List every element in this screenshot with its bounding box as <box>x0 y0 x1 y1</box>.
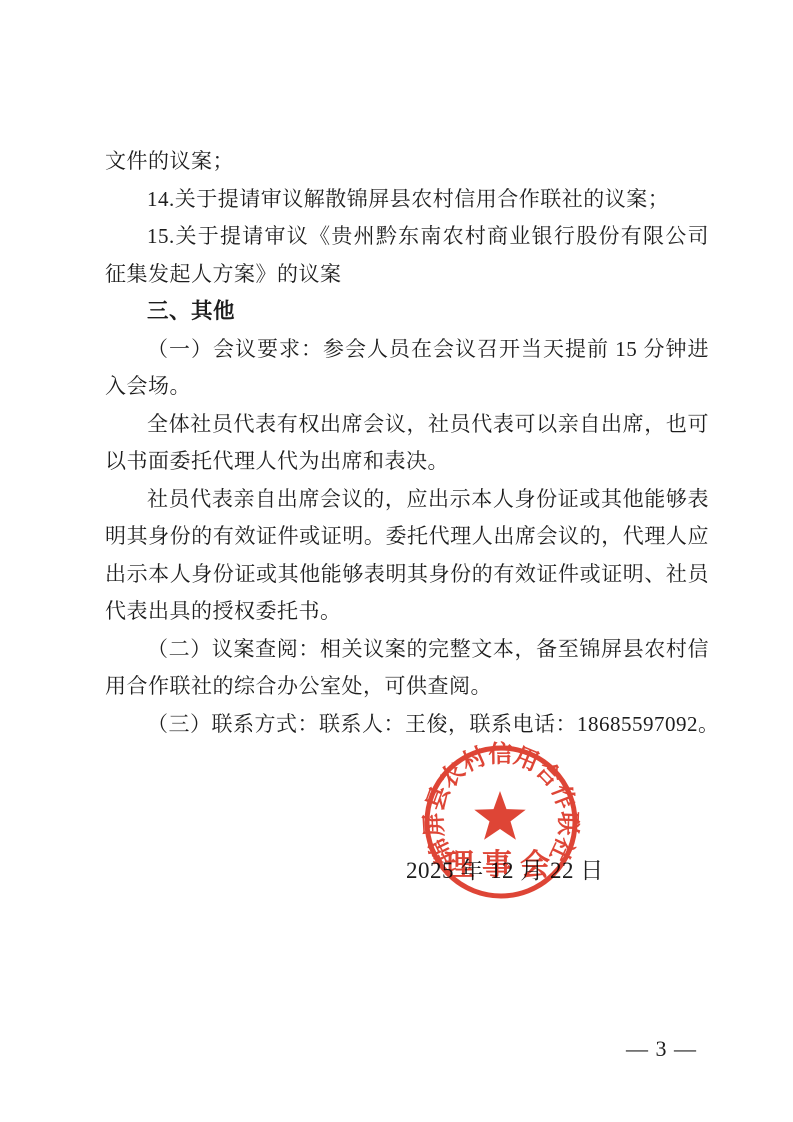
body-line: 用合作联社的综合办公室处，可供查阅。 <box>105 668 709 706</box>
body-line: 明其身份的有效证件或证明。委托代理人出席会议的，代理人应 <box>105 518 709 556</box>
body-line: 文件的议案； <box>105 143 709 181</box>
document-body: 文件的议案；14.关于提请审议解散锦屏县农村信用合作联社的议案；15.关于提请审… <box>105 143 709 743</box>
document-page: 文件的议案；14.关于提请审议解散锦屏县农村信用合作联社的议案；15.关于提请审… <box>0 0 793 1122</box>
body-line: （三）联系方式：联系人：王俊，联系电话：18685597092。 <box>105 706 709 744</box>
seal-bottom-text: 理事会 <box>444 849 558 882</box>
body-line: 征集发起人方案》的议案 <box>105 256 709 294</box>
star-icon <box>474 791 525 840</box>
body-line: 三、其他 <box>105 293 709 331</box>
page-number: — 3 — <box>626 1036 697 1062</box>
body-line: 15.关于提请审议《贵州黔东南农村商业银行股份有限公司 <box>105 218 709 256</box>
body-line: 社员代表亲自出席会议的，应出示本人身份证或其他能够表 <box>105 481 709 519</box>
body-line: 全体社员代表有权出席会议，社员代表可以亲自出席，也可 <box>105 406 709 444</box>
body-line: 出示本人身份证或其他能够表明其身份的有效证件或证明、社员 <box>105 556 709 594</box>
official-seal: 锦屏县农村信用合作联社 理事会 <box>421 741 581 903</box>
body-line: 14.关于提请审议解散锦屏县农村信用合作联社的议案； <box>105 181 709 219</box>
body-line: 入会场。 <box>105 368 709 406</box>
body-line: 以书面委托代理人代为出席和表决。 <box>105 443 709 481</box>
body-line: （二）议案查阅：相关议案的完整文本，备至锦屏县农村信 <box>105 631 709 669</box>
body-line: （一）会议要求：参会人员在会议召开当天提前 15 分钟进 <box>105 331 709 369</box>
body-line: 代表出具的授权委托书。 <box>105 593 709 631</box>
